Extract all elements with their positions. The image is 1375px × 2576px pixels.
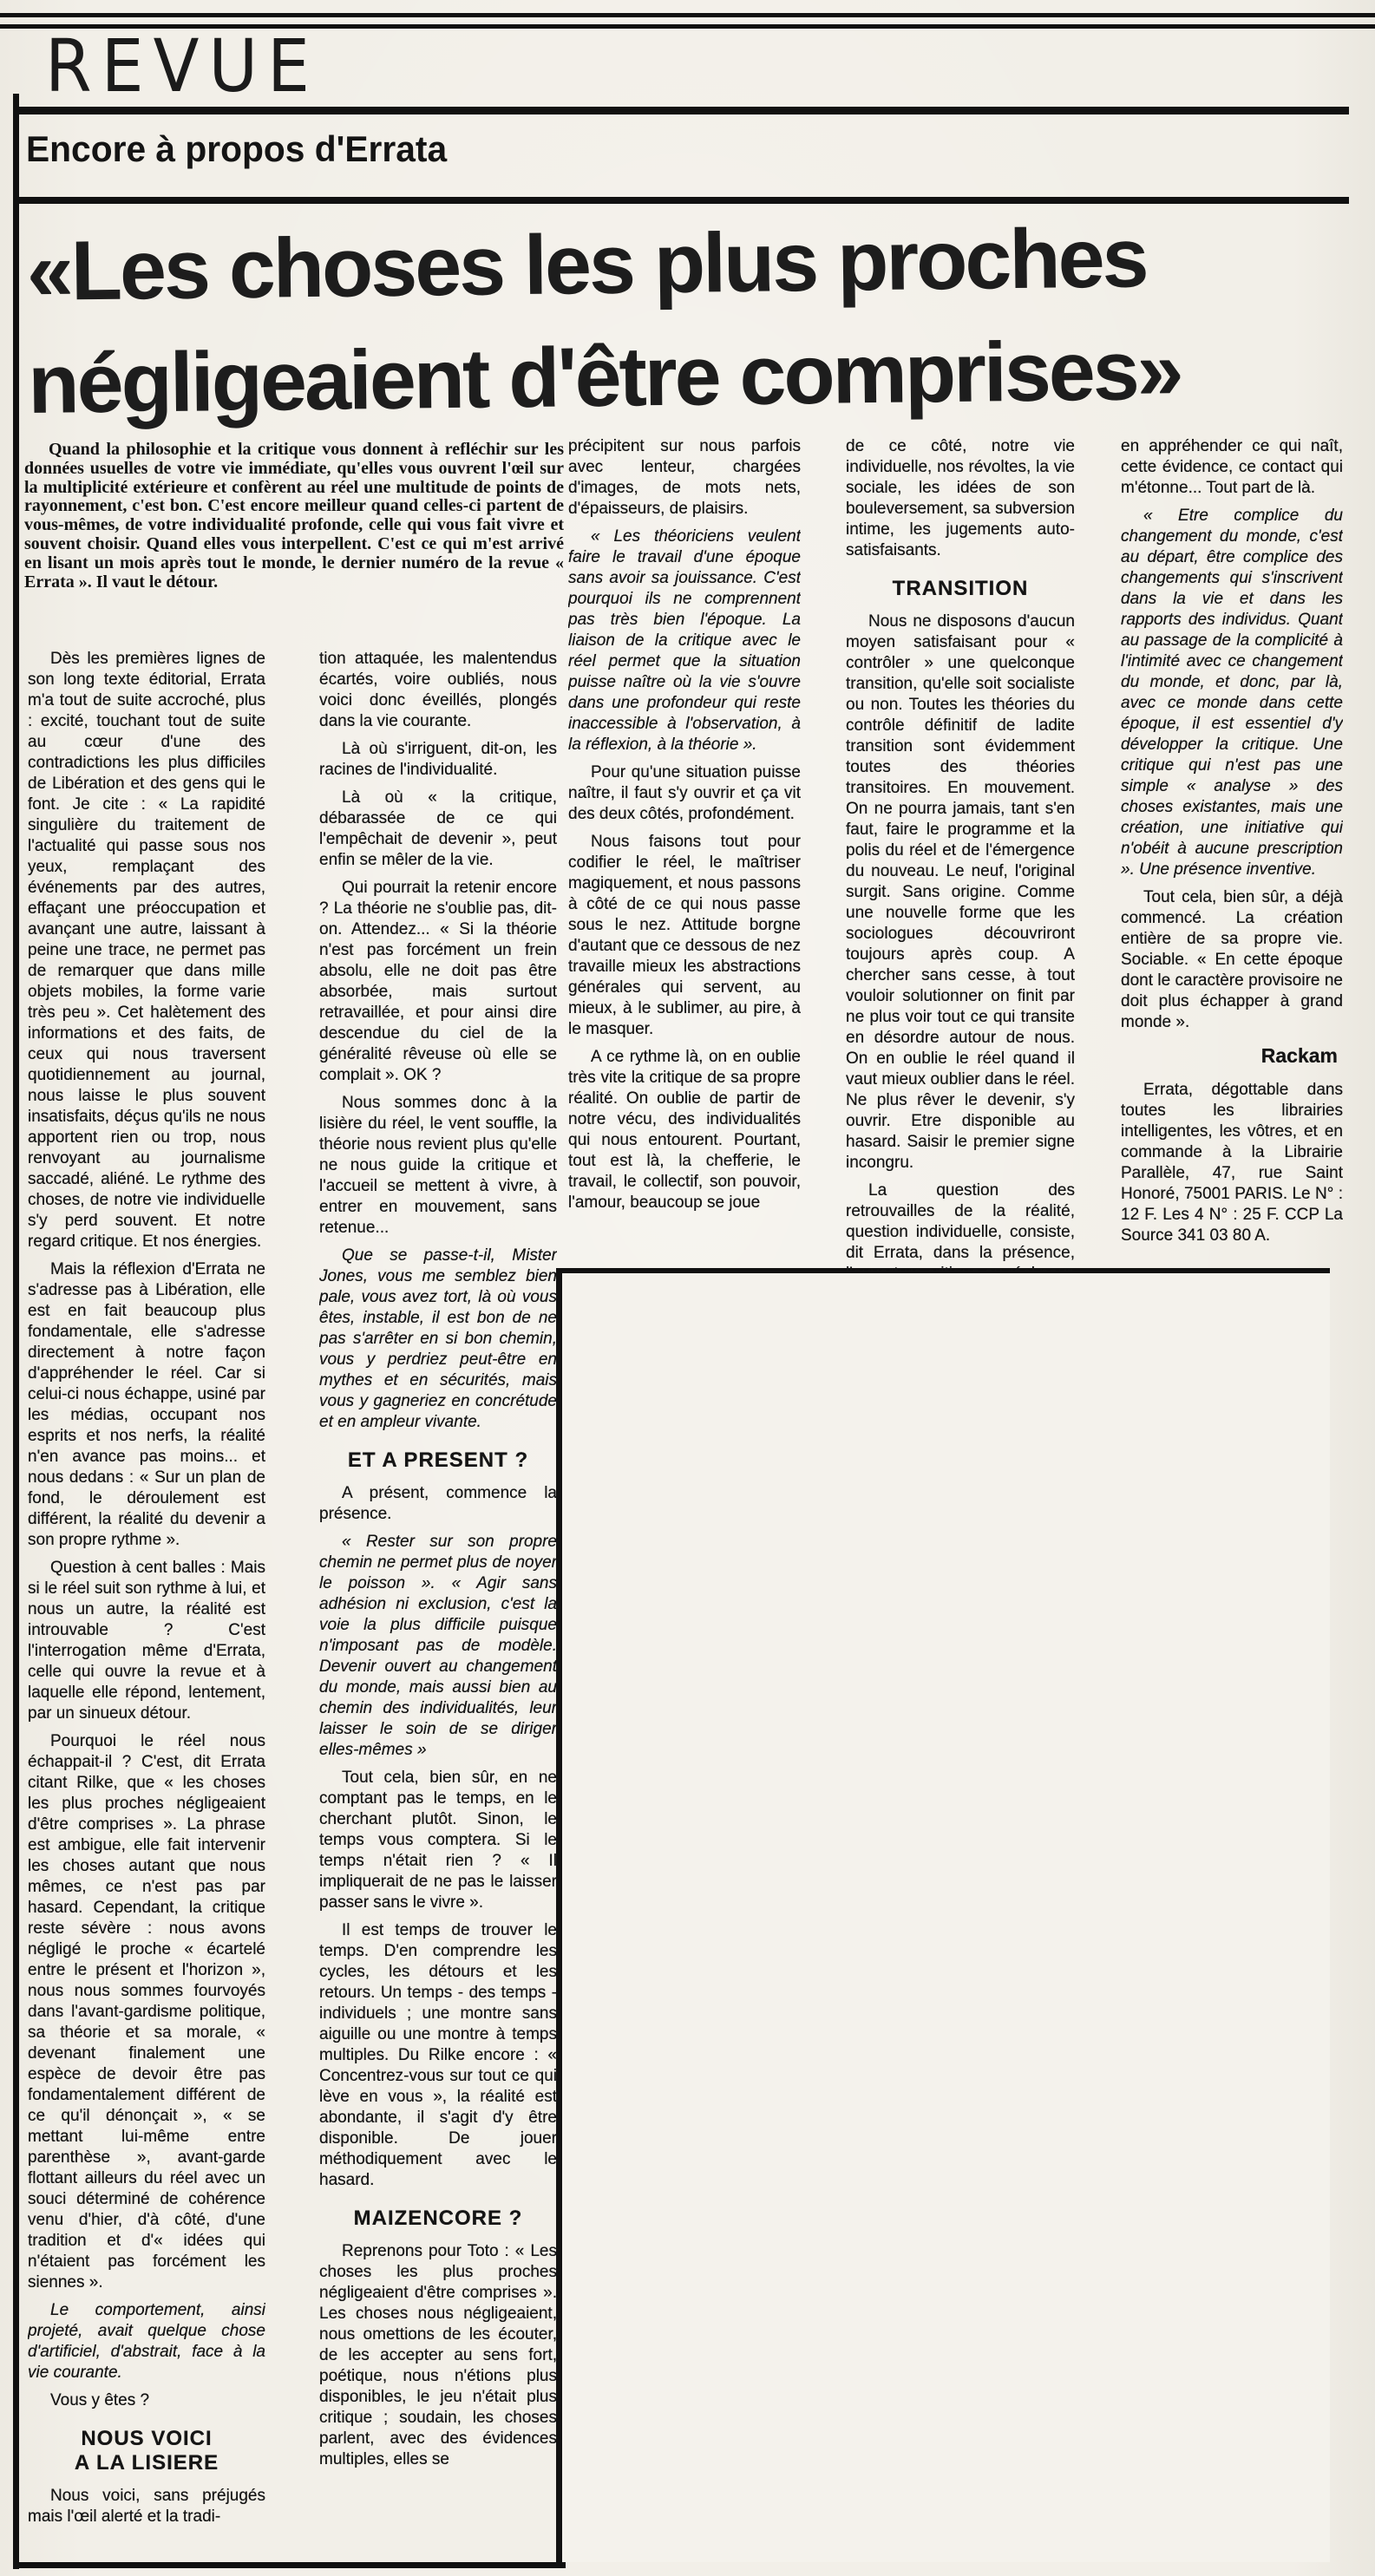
paragraph: Que se passe-t-il, Mister Jones, vous me… [319, 1246, 557, 1433]
section-heading: ET A PRESENT ? [319, 1448, 557, 1473]
section-heading: TRANSITION [846, 577, 1075, 601]
paragraph: Nous faisons tout pour codifier le réel,… [568, 832, 801, 1040]
paragraph: Pour qu'une situation puisse naître, il … [568, 762, 801, 825]
text-column-4: de ce côté, notre vie individuelle, nos … [846, 436, 1075, 1271]
text-column-2: tion attaquée, les malentendus écartés, … [319, 649, 557, 2570]
text-column-1: Dès les premières lignes de son long tex… [28, 649, 265, 2570]
top-rule-1 [0, 13, 1375, 17]
kicker-title: Encore à propos d'Errata [26, 128, 447, 170]
intro-paragraph: Quand la philosophie et la critique vous… [24, 441, 564, 592]
empty-box-area [562, 1273, 1330, 2562]
paragraph: Nous voici, sans préjugés mais l'œil ale… [28, 2486, 265, 2527]
paragraph: Question à cent balles : Mais si le réel… [28, 1558, 265, 1724]
section-heading: MAIZENCORE ? [319, 2207, 557, 2231]
paragraph: Pourquoi le réel nous échappait-il ? C'e… [28, 1731, 265, 2293]
paragraph: Nous ne disposons d'aucun moyen satisfai… [846, 611, 1075, 1174]
text-column-5: en appréhender ce qui naît, cette éviden… [1121, 436, 1343, 1271]
text-column-3: précipitent sur nous parfois avec lenteu… [568, 436, 801, 1271]
paragraph: Là où « la critique, débarassée de ce qu… [319, 788, 557, 871]
paragraph: A présent, commence la présence. [319, 1483, 557, 1525]
paragraph: « Rester sur son propre chemin ne permet… [319, 1532, 557, 1761]
empty-box-left-border [556, 1268, 562, 2568]
paragraph: de ce côté, notre vie individuelle, nos … [846, 436, 1075, 561]
paragraph: en appréhender ce qui naît, cette éviden… [1121, 436, 1343, 499]
section-heading: NOUS VOICI A LA LISIERE [28, 2427, 265, 2475]
paragraph: Il est temps de trouver le temps. D'en c… [319, 1920, 557, 2191]
paragraph: Tout cela, bien sûr, en ne comptant pas … [319, 1768, 557, 1913]
paragraph: A ce rythme là, on en oublie très vite l… [568, 1047, 801, 1213]
paragraph: Le comportement, ainsi projeté, avait qu… [28, 2300, 265, 2383]
intro-text: Quand la philosophie et la critique vous… [24, 441, 564, 592]
paragraph: « Etre complice du changement du monde, … [1121, 506, 1343, 880]
paragraph: Vous y êtes ? [28, 2390, 265, 2411]
paragraph: Là où s'irriguent, dit-on, les racines d… [319, 739, 557, 781]
paragraph: Qui pourrait la retenir encore ? La théo… [319, 878, 557, 1086]
paragraph: tion attaquée, les malentendus écartés, … [319, 649, 557, 732]
paragraph: Mais la réflexion d'Errata ne s'adresse … [28, 1259, 265, 1551]
author-signature: Rackam [1121, 1045, 1343, 1066]
paragraph: Nous sommes donc à la lisière du réel, l… [319, 1093, 557, 1239]
paragraph: « Les théoriciens veulent faire le trava… [568, 526, 801, 755]
paragraph: Errata, dégottable dans toutes les libra… [1121, 1080, 1343, 1246]
scanned-newspaper-page: { "colors": { "paper": "#f1eee7", "ink":… [0, 0, 1375, 2576]
paragraph: Reprenons pour Toto : « Les choses les p… [319, 2241, 557, 2470]
paragraph: Tout cela, bien sûr, a déjà commencé. La… [1121, 887, 1343, 1033]
paragraph: La question des retrouvailles de la réal… [846, 1180, 1075, 1271]
paragraph: Dès les premières lignes de son long tex… [28, 649, 265, 1252]
masthead-title: REVUE [45, 29, 319, 102]
article-headline: «Les choses les plus proches négligeaien… [26, 200, 1260, 441]
left-page-rule [13, 94, 19, 2569]
paragraph: précipitent sur nous parfois avec lenteu… [568, 436, 801, 520]
